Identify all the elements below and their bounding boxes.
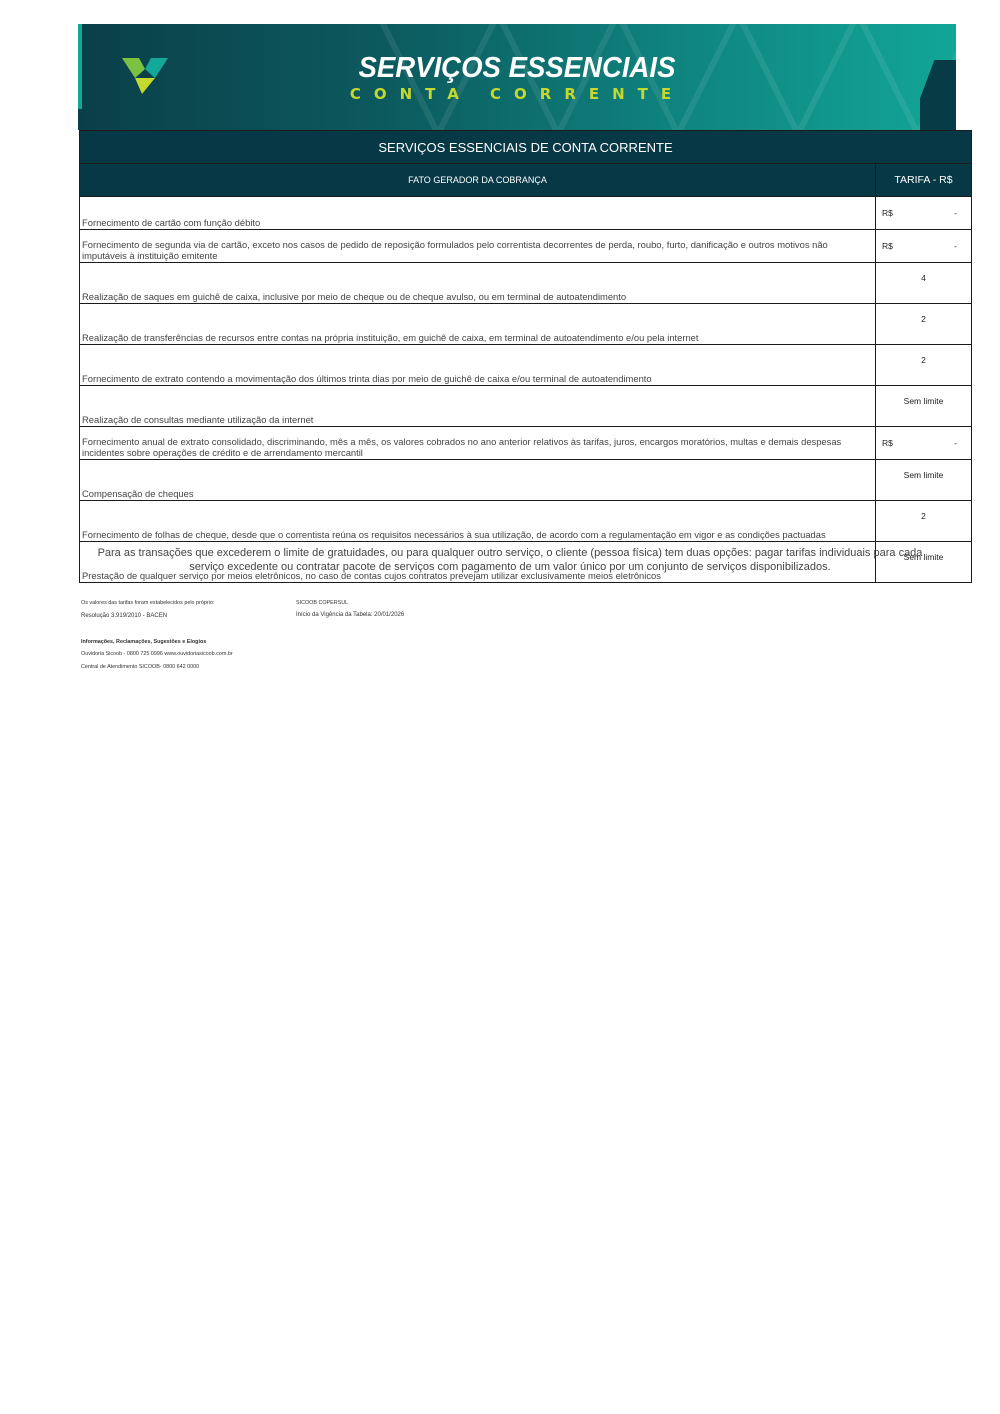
- services-table-container: SERVIÇOS ESSENCIAIS DE CONTA CORRENTE FA…: [79, 130, 972, 583]
- fee-value: Sem limite: [904, 470, 944, 480]
- service-description: Compensação de cheques: [80, 460, 876, 501]
- table-row: Fornecimento de segunda via de cartão, e…: [80, 230, 972, 263]
- service-fee: Sem limite: [876, 460, 972, 501]
- service-fee: Sem limite: [876, 386, 972, 427]
- table-row: Fornecimento de cartão com função débito…: [80, 197, 972, 230]
- table-row: Realização de consultas mediante utiliza…: [80, 386, 972, 427]
- table-row: Realização de saques em guichê de caixa,…: [80, 263, 972, 304]
- service-fee: R$-: [876, 197, 972, 230]
- service-fee: 2: [876, 345, 972, 386]
- table-title: SERVIÇOS ESSENCIAIS DE CONTA CORRENTE: [80, 131, 972, 164]
- resolution-text: Resolução 3.919/2010 - BACEN: [81, 613, 167, 619]
- fee-value: 2: [921, 511, 926, 521]
- column-header-fee: TARIFA - R$: [876, 164, 972, 197]
- fee-value: 4: [921, 273, 926, 283]
- table-row: Fornecimento de extrato contendo a movim…: [80, 345, 972, 386]
- table-row: Fornecimento anual de extrato consolidad…: [80, 427, 972, 460]
- table-row: Fornecimento de folhas de cheque, desde …: [80, 501, 972, 542]
- currency-symbol: R$: [882, 241, 893, 251]
- service-fee: 2: [876, 304, 972, 345]
- service-center-contact: Central de Atendimento SICOOB- 0800 642 …: [81, 664, 199, 670]
- service-description: Realização de saques em guichê de caixa,…: [80, 263, 876, 304]
- service-description: Realização de consultas mediante utiliza…: [80, 386, 876, 427]
- service-description: Fornecimento de folhas de cheque, desde …: [80, 501, 876, 542]
- service-fee: R$-: [876, 230, 972, 263]
- fee-value: -: [954, 241, 957, 251]
- service-fee: 4: [876, 263, 972, 304]
- fee-value: 2: [921, 355, 926, 365]
- currency-symbol: R$: [882, 208, 893, 218]
- service-description: Fornecimento de cartão com função débito: [80, 197, 876, 230]
- banner-subtitle: CONTA CORRENTE: [78, 85, 956, 103]
- services-table: SERVIÇOS ESSENCIAIS DE CONTA CORRENTE FA…: [79, 130, 972, 583]
- column-header-description: FATO GERADOR DA COBRANÇA: [80, 164, 876, 197]
- established-by-label: Os valores das tarifas foram estabelecid…: [81, 600, 214, 606]
- gratuity-note: Para as transações que excederem o limit…: [80, 546, 940, 574]
- table-row: Compensação de chequesSem limite: [80, 460, 972, 501]
- service-description: Fornecimento de extrato contendo a movim…: [80, 345, 876, 386]
- table-row: Realização de transferências de recursos…: [80, 304, 972, 345]
- service-description: Realização de transferências de recursos…: [80, 304, 876, 345]
- service-description: Fornecimento anual de extrato consolidad…: [80, 427, 876, 460]
- service-fee: 2: [876, 501, 972, 542]
- fee-value: 2: [921, 314, 926, 324]
- cooperative-name: SICOOB COPERSUL: [296, 600, 348, 606]
- fee-value: -: [954, 438, 957, 448]
- fee-value: Sem limite: [904, 396, 944, 406]
- header-banner: SERVIÇOS ESSENCIAIS CONTA CORRENTE: [78, 24, 956, 130]
- ombudsman-contact: Ouvidoria Sicoob - 0800 725 0996 www.ouv…: [81, 651, 233, 657]
- banner-title: SERVIÇOS ESSENCIAIS: [100, 52, 934, 85]
- currency-symbol: R$: [882, 438, 893, 448]
- fee-value: -: [954, 208, 957, 218]
- service-fee: R$-: [876, 427, 972, 460]
- service-description: Fornecimento de segunda via de cartão, e…: [80, 230, 876, 263]
- effective-date: Início da Vigência da Tabela: 20/01/2026: [296, 612, 404, 618]
- contact-heading: Informações, Reclamações, Sugestões e El…: [81, 639, 206, 645]
